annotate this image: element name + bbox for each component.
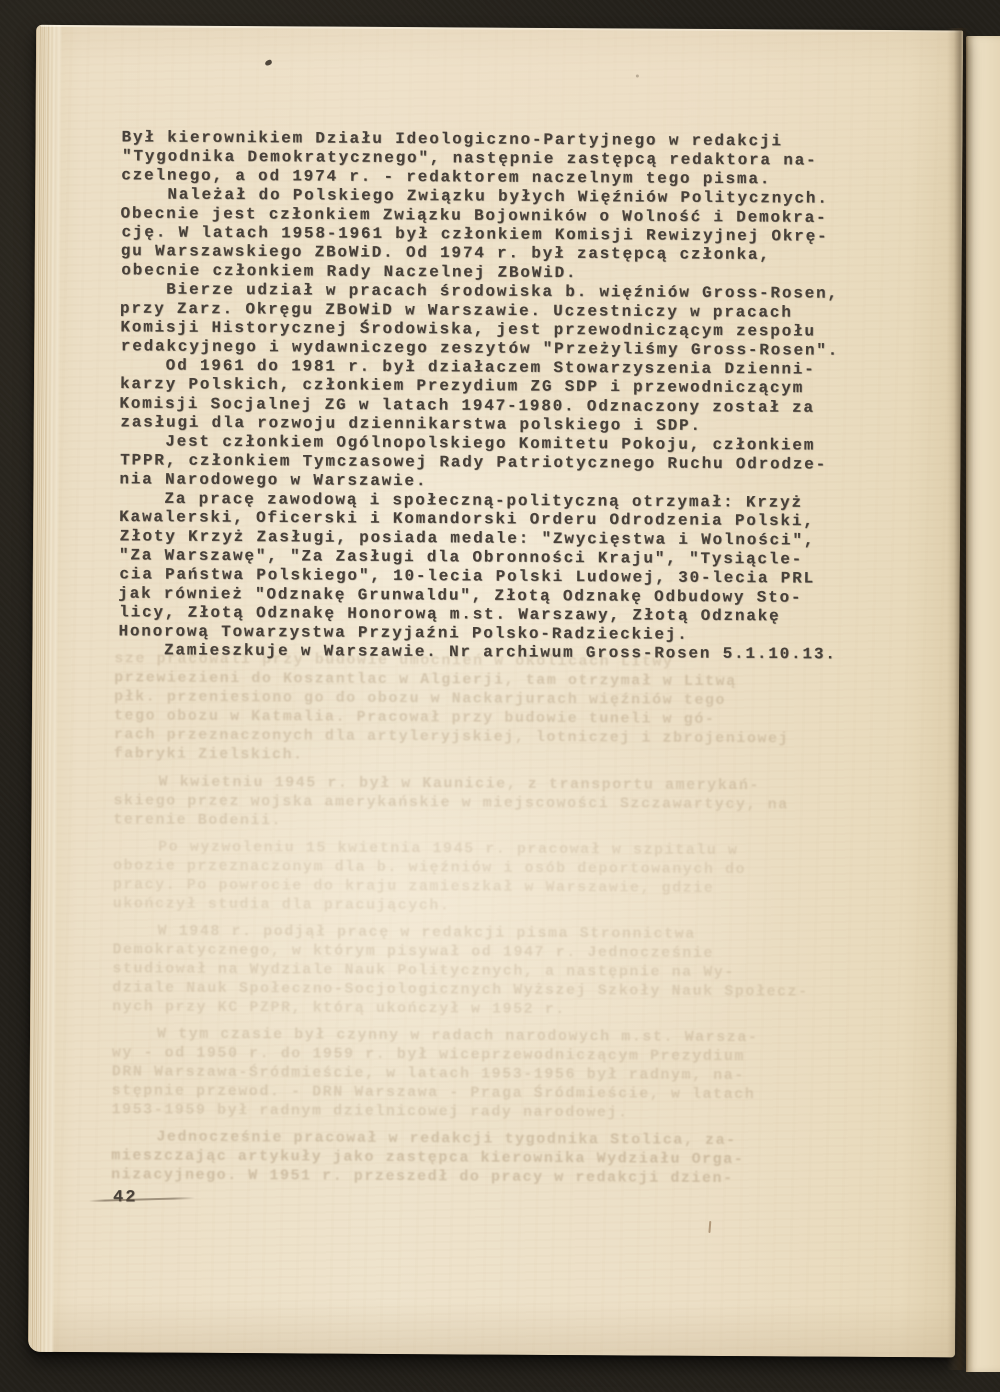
book-page: Był kierownikiem Działu Ideologiczno-Par… [28, 25, 963, 1358]
bleedthrough-text: sze pracowali przy budowie umocnień w ok… [111, 650, 874, 1225]
bleedthrough-line: nizacyjnego. W 1951 r. przeszedł do prac… [111, 1166, 734, 1188]
book-scan: Był kierownikiem Działu Ideologiczno-Par… [0, 0, 1000, 1392]
bleedthrough-line: ukończył studia dla pracujących. [113, 895, 451, 915]
bleedthrough-line: tego obozu w Katmalia. Pracował przy bud… [114, 707, 716, 729]
bleedthrough-line: przewiezieni do Koszantlac w Algierji, t… [114, 669, 737, 691]
bleedthrough-line: Demokratycznego, w którym pisywał od 194… [112, 941, 714, 963]
typed-text-block: Był kierownikiem Działu Ideologiczno-Par… [118, 128, 840, 664]
bleedthrough-line: Jednocześnie pracował w redakcji tygodni… [156, 1129, 736, 1151]
bleedthrough-line: wy - od 1950 r. do 1959 r. był wiceprzew… [112, 1044, 745, 1066]
paper-speck [636, 74, 639, 77]
bleedthrough-line: W 1948 r. podjął pracę w redakcji pisma … [158, 923, 696, 944]
gutter-shadow [947, 28, 969, 1370]
bleedthrough-line: Po wyzwoleniu 15 kwietnia 1945 r. pracow… [158, 839, 738, 861]
bleedthrough-line: DRN Warszawa-Śródmieście, w latach 1953-… [112, 1063, 745, 1085]
paper-speck [264, 59, 272, 66]
paper-speck [708, 1221, 711, 1233]
bleedthrough-line: fabryki Zielskich. [114, 745, 304, 764]
bleedthrough-line: studiował na Wydziale Nauk Politycznych,… [112, 960, 735, 982]
bleedthrough-line: płk. przeniesiono go do obozu w Nackarju… [114, 688, 726, 710]
bleedthrough-line: terenie Bodenii. [113, 811, 282, 830]
bleedthrough-line: obozie przeznaczonym dla b. więźniów i o… [113, 857, 746, 879]
bleedthrough-line: mieszczając artykuły jako zastępca kiero… [111, 1147, 744, 1169]
typed-line: Zamieszkuje w Warszawie. Nr archiwum Gro… [118, 641, 836, 664]
bleedthrough-line: W tym czasie był czynny w radach narodow… [157, 1026, 759, 1048]
bleedthrough-line: W kwietniu 1945 r. był w Kaunicie, z tra… [159, 774, 761, 796]
next-page-edge [966, 36, 1000, 1372]
bleedthrough-line: pracy. Po powrocie do kraju zamieszkał w… [113, 876, 715, 898]
bleedthrough-line: nych przy KC PZPR, którą ukończył w 1952… [112, 998, 566, 1019]
bleedthrough-line: 1953-1959 był radnym dzielnicowej rady n… [111, 1101, 628, 1122]
